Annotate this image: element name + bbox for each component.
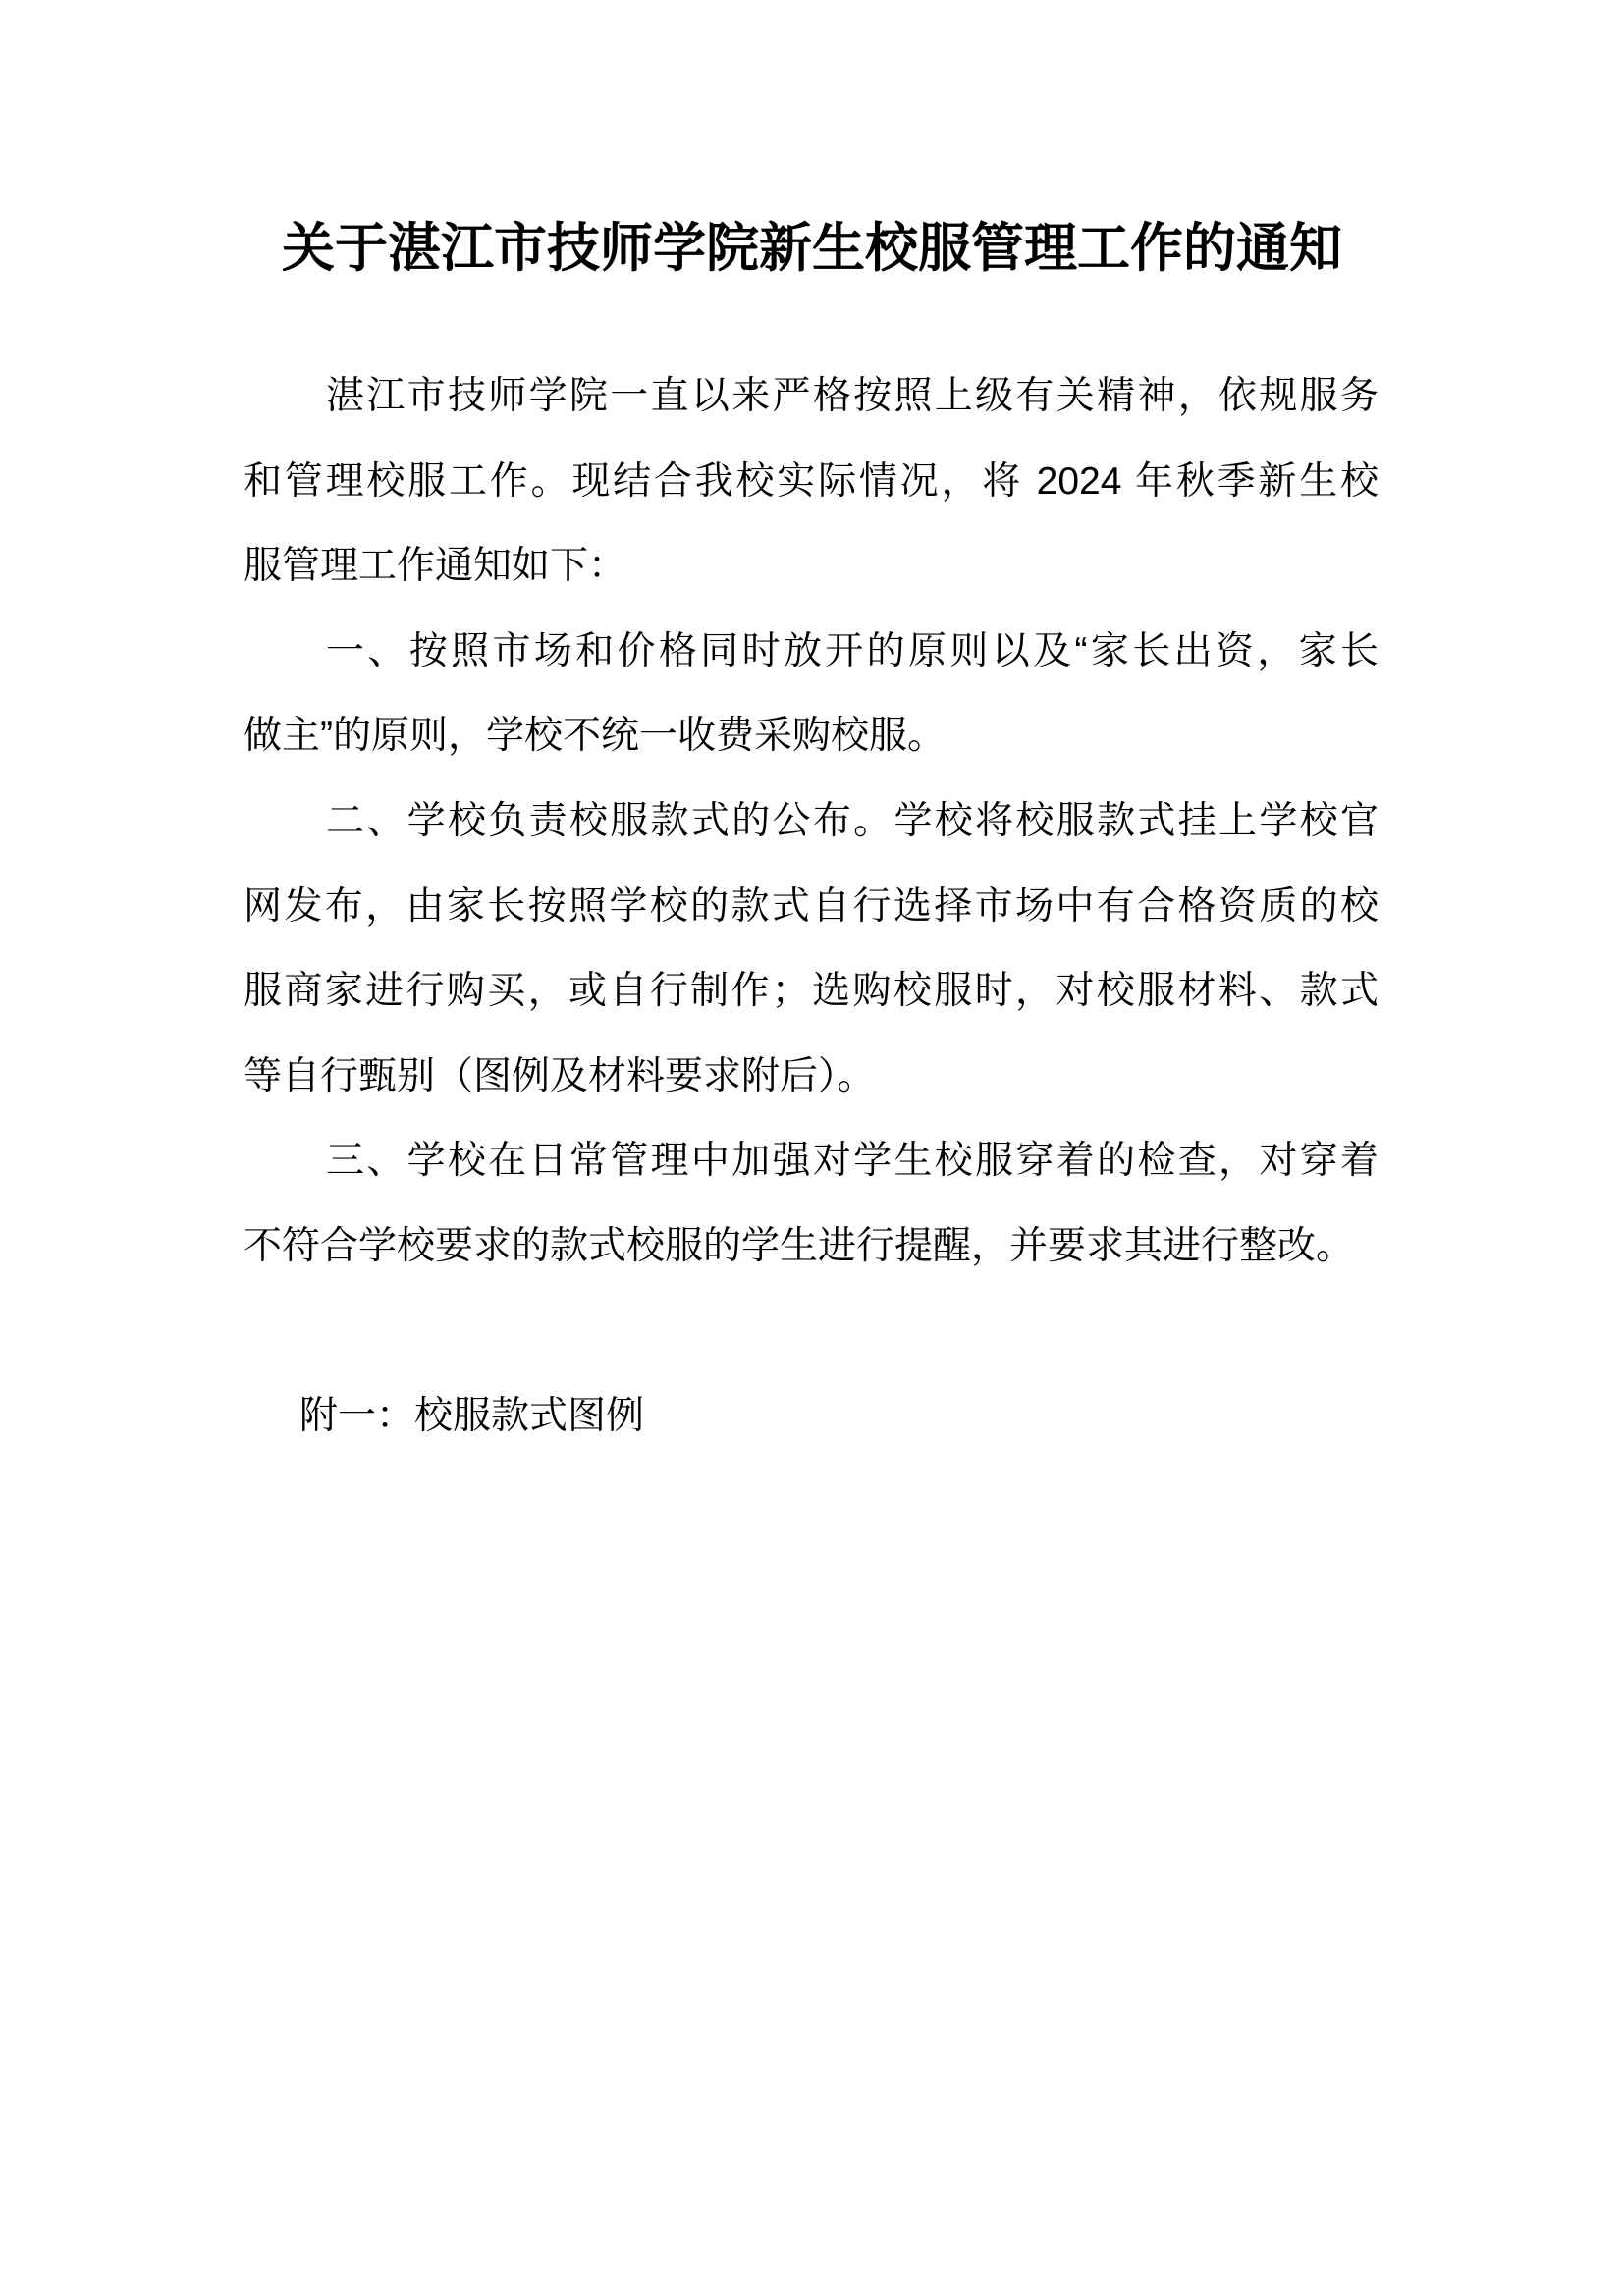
body-line: 等自行甄别（图例及材料要求附后）。	[244, 1035, 1379, 1120]
body-line: 网发布，由家长按照学校的款式自行选择市场中有合格资质的校	[244, 865, 1379, 950]
body-line: 服商家进行购买，或自行制作；选购校服时，对校服材料、款式	[244, 949, 1379, 1035]
document-body: 湛江市技师学院一直以来严格按照上级有关精神，依规服务 和管理校服工作。现结合我校…	[0, 354, 1624, 1460]
body-line: 服管理工作通知如下：	[244, 524, 1379, 610]
body-line: 二、学校负责校服款式的公布。学校将校服款式挂上学校官	[244, 779, 1379, 865]
attachment-note: 附一：校服款式图例	[244, 1374, 1379, 1460]
body-line: 做主”的原则，学校不统一收费采购校服。	[244, 694, 1379, 779]
body-line: 不符合学校要求的款式校服的学生进行提醒，并要求其进行整改。	[244, 1204, 1379, 1290]
blank-line	[244, 1290, 1379, 1375]
body-line: 三、学校在日常管理中加强对学生校服穿着的检查，对穿着	[244, 1119, 1379, 1204]
body-line: 湛江市技师学院一直以来严格按照上级有关精神，依规服务	[244, 354, 1379, 440]
document-page: 关于湛江市技师学院新生校服管理工作的通知 湛江市技师学院一直以来严格按照上级有关…	[0, 0, 1624, 2296]
body-line: 和管理校服工作。现结合我校实际情况，将 2024 年秋季新生校	[244, 440, 1379, 525]
body-line: 一、按照市场和价格同时放开的原则以及“家长出资，家长	[244, 610, 1379, 695]
document-title: 关于湛江市技师学院新生校服管理工作的通知	[0, 0, 1624, 286]
